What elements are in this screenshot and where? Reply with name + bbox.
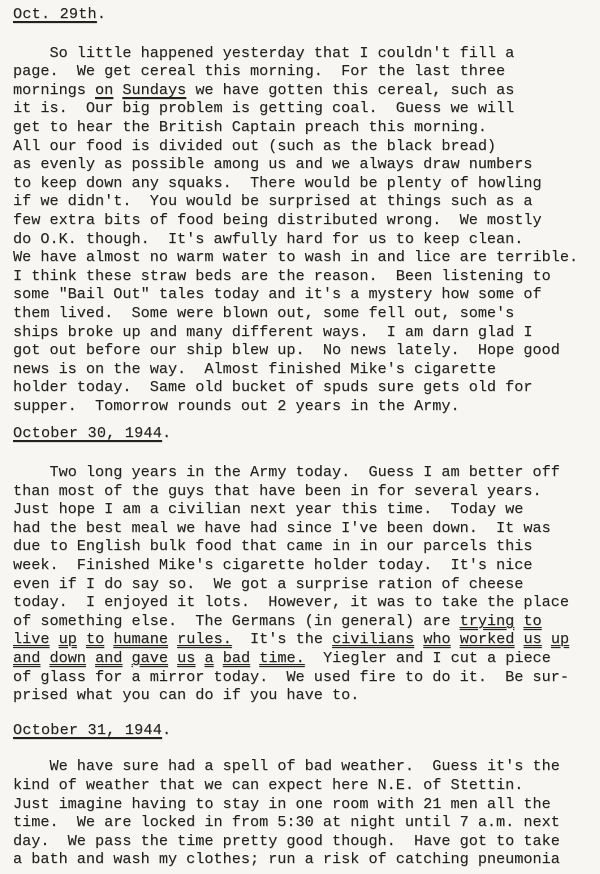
double-underlined-phrase: civilians who worked us up [332,630,569,648]
entry-body: So little happened yesterday that I coul… [13,44,592,416]
underlined-word: time. [259,649,305,667]
underlined-word: up [59,630,77,648]
underlined-word: rules. [177,630,232,648]
underlined-word: gave [132,649,168,667]
diary-entry-oct-30: October 30, 1944. Two long years in the … [13,424,592,704]
entry-date: October 31, 1944 [13,721,162,739]
diary-entry-oct-31: October 31, 1944. We have sure had a spe… [13,721,592,869]
underlined-phrase: on Sundays [95,81,186,99]
underlined-word: to [523,612,541,630]
underlined-word: and [13,649,40,667]
entry-heading: October 30, 1944. [13,424,592,443]
underlined-word: who [423,630,450,648]
underlined-word: on [95,81,113,99]
entry-date-period: . [97,5,106,23]
diary-page: Oct. 29th. So little happened yesterday … [13,5,592,874]
underlined-word: trying [460,612,515,630]
underlined-word: humane [113,630,168,648]
underlined-word: worked [460,630,515,648]
entry-date-period: . [162,424,171,442]
underlined-word: down [49,649,85,667]
entry-heading: October 31, 1944. [13,721,592,740]
underlined-word: us [524,630,542,648]
double-underlined-phrase: and down and gave us a bad time. [13,649,305,667]
diary-entry-oct-29: Oct. 29th. So little happened yesterday … [13,5,592,415]
underlined-word: us [177,649,195,667]
entry-date: Oct. 29th [13,5,97,23]
underlined-word: up [551,630,569,648]
underlined-word: live [13,630,49,648]
underlined-word: bad [223,649,250,667]
entry-body: We have sure had a spell of bad weather.… [13,757,592,869]
entry-heading: Oct. 29th. [13,5,592,24]
underlined-word: civilians [332,630,414,648]
underlined-word: to [86,630,104,648]
text-segment: We have sure had a spell of bad weather.… [13,757,560,868]
entry-date-period: . [162,721,171,739]
underlined-word: and [95,649,122,667]
double-underlined-phrase: live up to humane rules. [13,630,232,648]
text-segment: we have gotten this cereal, such as it i… [13,81,578,415]
entry-date: October 30, 1944 [13,424,162,442]
entry-body: Two long years in the Army today. Guess … [13,463,592,705]
underlined-word: a [204,649,213,667]
underlined-word: Sundays [122,81,186,99]
double-underlined-phrase: trying to [460,612,542,630]
text-segment: Two long years in the Army today. Guess … [13,463,569,630]
text-segment: It's the [232,630,332,648]
